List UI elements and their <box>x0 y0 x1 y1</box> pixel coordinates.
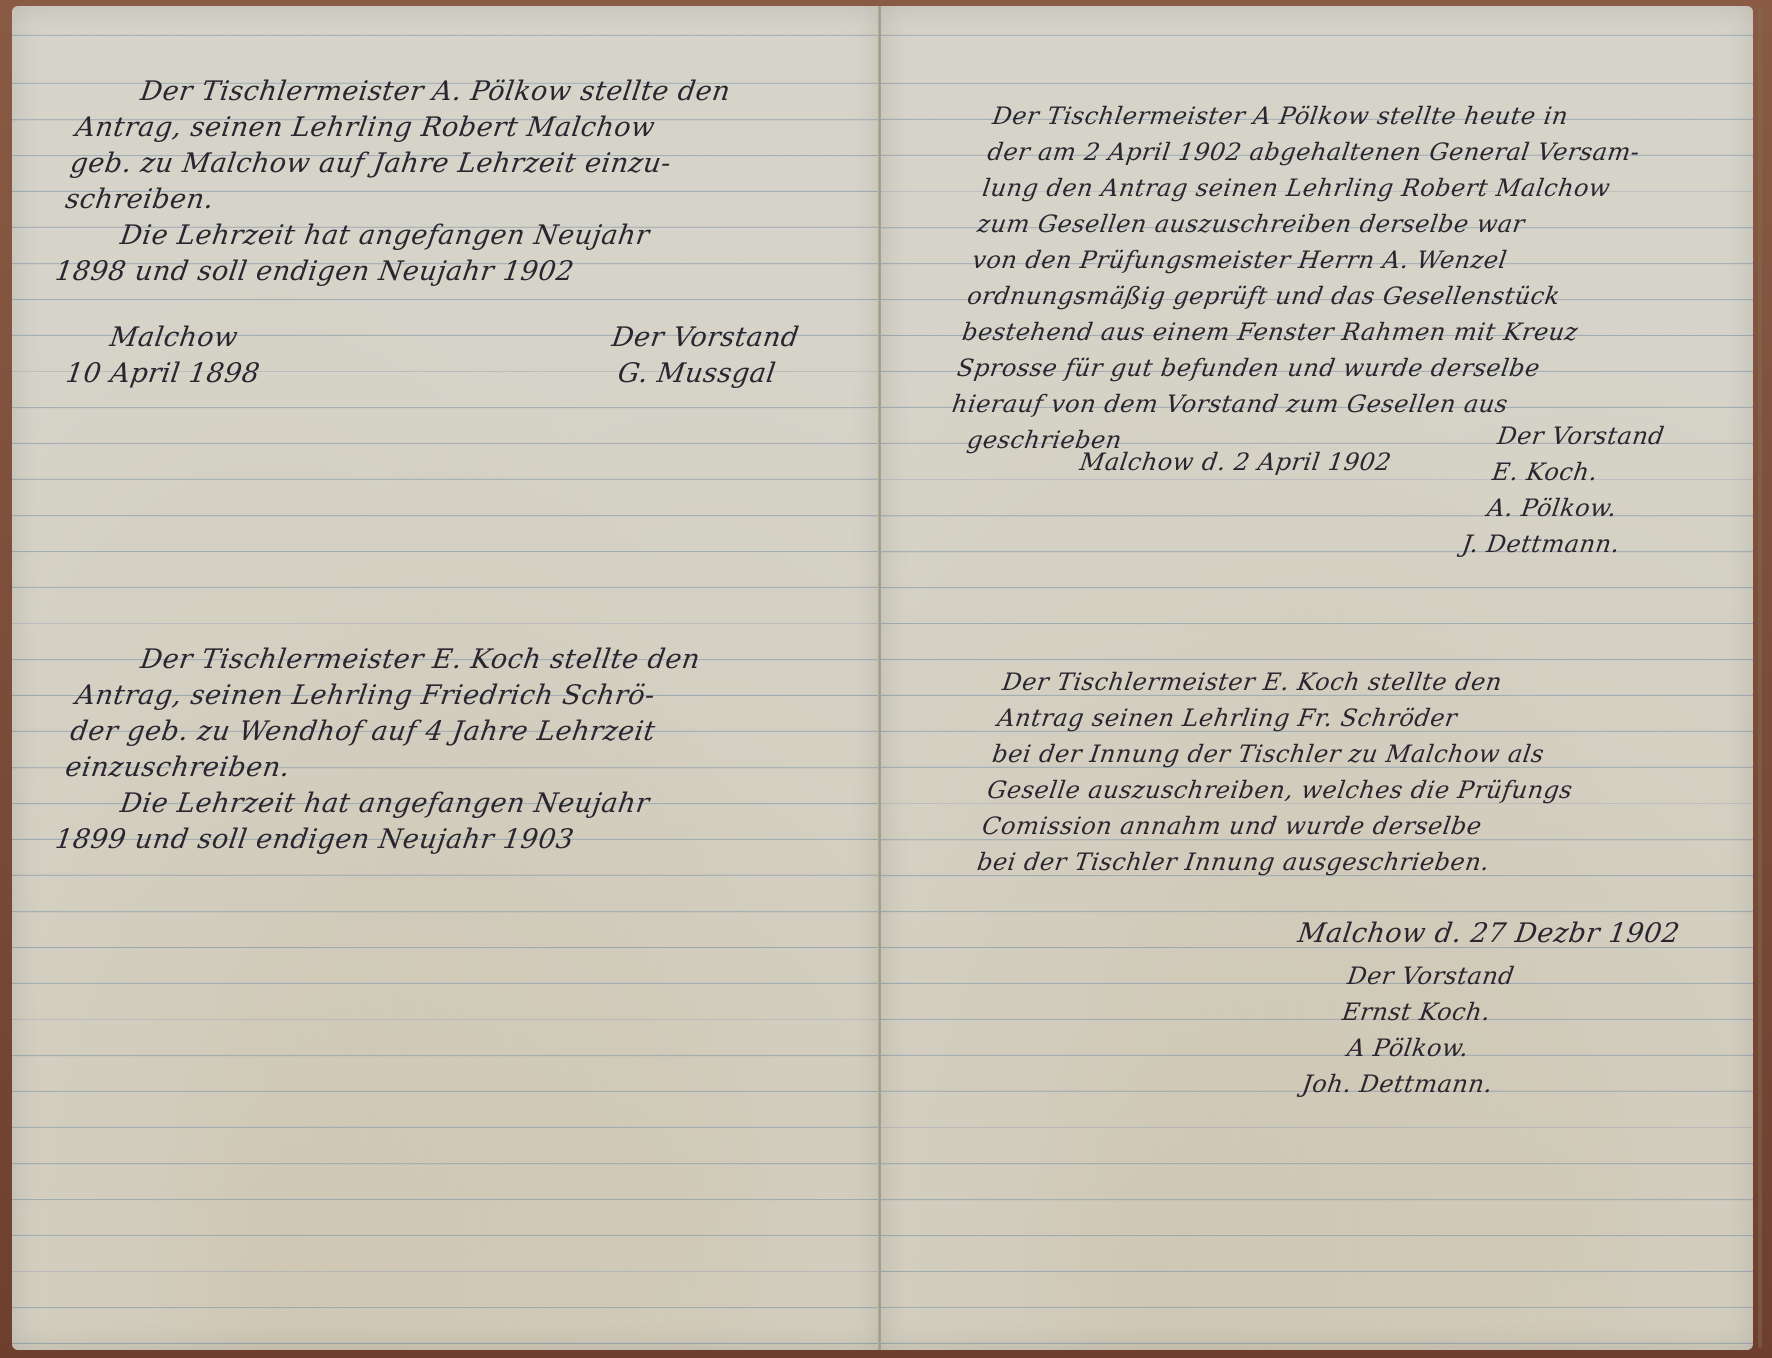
text-line: hierauf von dem Vorstand zum Gesellen au… <box>950 386 1607 422</box>
signature: Joh. Dettmann. <box>1300 1066 1502 1102</box>
text-line: Geselle auszuschreiben, welches die Prüf… <box>985 772 1575 808</box>
right-entry-2-signatures: Der Vorstand Ernst Koch. A Pölkow. Joh. … <box>1300 958 1517 1102</box>
text-line: lung den Antrag seinen Lehrling Robert M… <box>980 170 1637 206</box>
text-line: Antrag, seinen Lehrling Robert Malchow <box>73 110 728 146</box>
signature: A Pölkow. <box>1305 1030 1507 1066</box>
right-entry-1-signatures: Der Vorstand E. Koch. A. Pölkow. J. Dett… <box>1480 418 1667 562</box>
right-entry-2-text: Der Tischlermeister E. Koch stellte den … <box>975 664 1590 880</box>
signature: J. Dettmann. <box>1460 526 1652 562</box>
right-entry-1-place-date: Malchow d. 2 April 1902 <box>1077 444 1393 480</box>
left-entry-1-place: Malchow <box>107 320 240 356</box>
text-line: Der Tischlermeister E. Koch stellte den <box>1000 664 1590 700</box>
text-line: zum Gesellen auszuschreiben derselbe war <box>975 206 1632 242</box>
text-line: geb. zu Malchow auf Jahre Lehrzeit einzu… <box>68 146 723 182</box>
signature: E. Koch. <box>1490 454 1662 490</box>
signature-title: Der Vorstand <box>1315 958 1517 994</box>
text-line: Der Tischlermeister A. Pölkow stellte de… <box>78 74 733 110</box>
signature: Ernst Koch. <box>1310 994 1512 1030</box>
text-line: bestehend aus einem Fenster Rahmen mit K… <box>960 314 1617 350</box>
text-line: bei der Tischler Innung ausgeschrieben. <box>975 844 1565 880</box>
left-entry-1-text: Der Tischlermeister A. Pölkow stellte de… <box>53 74 733 290</box>
text-line: Der Tischlermeister E. Koch stellte den <box>78 642 702 678</box>
text-line: Der Tischlermeister A Pölkow stellte heu… <box>990 98 1647 134</box>
text-line: der am 2 April 1902 abgehaltenen General… <box>985 134 1642 170</box>
text-line: bei der Innung der Tischler zu Malchow a… <box>990 736 1580 772</box>
text-line: der geb. zu Wendhof auf 4 Jahre Lehrzeit <box>68 714 692 750</box>
right-entry-1-text: Der Tischlermeister A Pölkow stellte heu… <box>945 98 1647 458</box>
text-line: schreiben. <box>63 182 718 218</box>
text-line: 1899 und soll endigen Neujahr 1903 <box>53 822 677 858</box>
right-page-margin-line <box>1758 8 1762 1348</box>
text-line: von den Prüfungsmeister Herrn A. Wenzel <box>970 242 1627 278</box>
left-entry-2-text: Der Tischlermeister E. Koch stellte den … <box>53 642 703 858</box>
signature: A. Pölkow. <box>1485 490 1657 526</box>
left-entry-1-signature-title: Der Vorstand <box>609 320 801 356</box>
right-entry-2-place-date: Malchow d. 27 Dezbr 1902 <box>1295 916 1682 952</box>
text-line: Die Lehrzeit hat angefangen Neujahr <box>58 786 682 822</box>
text-line: Die Lehrzeit hat angefangen Neujahr <box>58 218 713 254</box>
text-line: Antrag, seinen Lehrling Friedrich Schrö- <box>73 678 697 714</box>
left-entry-1-date: 10 April 1898 <box>63 356 262 392</box>
text-line: 1898 und soll endigen Neujahr 1902 <box>53 254 708 290</box>
text-line: ordnungsmäßig geprüft und das Gesellenst… <box>965 278 1622 314</box>
text-line: Comission annahm und wurde derselbe <box>980 808 1570 844</box>
signature-title: Der Vorstand <box>1495 418 1667 454</box>
text-line: einzuschreiben. <box>63 750 687 786</box>
text-line: Sprosse für gut befunden und wurde derse… <box>955 350 1612 386</box>
left-entry-1-signature: G. Mussgal <box>615 356 778 392</box>
text-line: Antrag seinen Lehrling Fr. Schröder <box>995 700 1585 736</box>
